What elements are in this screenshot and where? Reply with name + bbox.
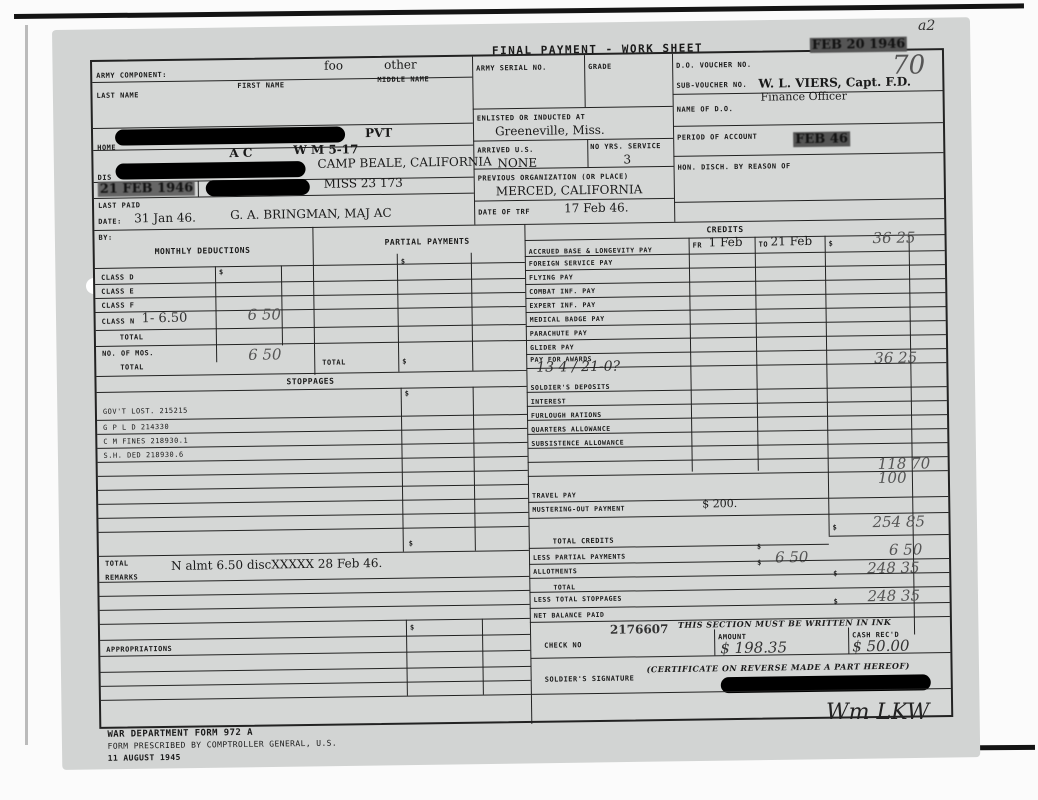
dollar-sign: $ <box>829 240 834 248</box>
do-voucher-label: D.O. VOUCHER NO. <box>676 61 752 70</box>
disch-label: DIS <box>98 174 112 182</box>
grade-value: PVT <box>365 126 392 140</box>
do-name-value: W. L. VIERS, Capt. F.D. <box>758 75 911 91</box>
army-serial-label: ARMY SERIAL NO. <box>476 64 547 73</box>
component-value: A C <box>229 146 252 160</box>
travel-pay-label: TRAVEL PAY <box>532 491 576 500</box>
mustering-out-label: MUSTERING-OUT PAYMENT <box>532 505 625 514</box>
allotments-label: ALLOTMENTS <box>533 567 577 576</box>
dollar-sign: $ <box>401 258 406 266</box>
class-d-label: CLASS D <box>101 273 134 281</box>
credit-row-label: COMBAT INF. PAY <box>529 287 595 296</box>
to-label: TO <box>759 241 769 249</box>
certificate-note: (Certificate on reverse made a part here… <box>646 661 909 675</box>
class-n-amount: 6 50 <box>247 305 281 323</box>
prev-org-label: PREVIOUS ORGANIZATION (OR PLACE) <box>478 172 629 182</box>
grade-label: GRADE <box>588 63 612 71</box>
final-payment-worksheet: FINAL PAYMENT - WORK SHEET FEB 20 1946 A… <box>90 48 953 729</box>
stoppage-item: GOV'T LOST. 215215 <box>103 407 188 416</box>
paid-by-value: G. A. BRINGMAN, MAJ AC <box>230 206 392 222</box>
partial-total-label: TOTAL <box>322 358 346 366</box>
total-amount: 248 35 <box>867 558 920 577</box>
less-partial-amount: 6 50 <box>889 540 923 558</box>
middle-name-value: other <box>384 57 417 71</box>
dollar-sign: $ <box>402 358 407 366</box>
mustering-out-printed: $ 200. <box>702 497 737 510</box>
dollar-sign: $ <box>410 624 415 632</box>
check-no-label: CHECK NO <box>544 641 582 650</box>
dollar-sign: $ <box>757 543 762 551</box>
subtotal-amount: 36 25 <box>874 348 917 367</box>
no-of-mos-label: NO. OF MOS. <box>102 349 154 358</box>
partial-payments-title: PARTIAL PAYMENTS <box>385 237 470 247</box>
monthly-deductions-title: MONTHLY DEDUCTIONS <box>155 246 251 256</box>
period-stamp: FEB 46 <box>793 131 850 147</box>
accrued-pay-amount: 36 25 <box>872 228 915 247</box>
date-trf-label: DATE OF TRF <box>478 208 530 217</box>
hon-disch-label: HON. DISCH. BY REASON OF <box>678 162 791 172</box>
code-value: W M 5-17 <box>293 142 358 157</box>
date-label: DATE: <box>98 218 122 226</box>
scan-border-top <box>14 3 1024 19</box>
stoppages-title: STOPPAGES <box>286 377 334 387</box>
allotments-amount: 6 50 <box>775 548 809 566</box>
credit-row-label: FOREIGN SERVICE PAY <box>529 259 613 268</box>
date-trf-value: 17 Feb 46. <box>564 200 629 215</box>
middle-name-label: MIDDLE NAME <box>377 75 429 84</box>
arrived-label: ARRIVED U.S. <box>477 146 534 155</box>
less-partial-label: LESS PARTIAL PAYMENTS <box>533 553 626 562</box>
check-number: 2176607 <box>610 622 669 637</box>
credit-row-label: PARACHUTE PAY <box>530 329 587 338</box>
army-component-label: ARMY COMPONENT: <box>96 71 167 80</box>
corner-note: a2 <box>918 18 935 34</box>
deductions-total-amount: 6 50 <box>248 345 282 363</box>
credit-row-label: GLIDER PAY <box>530 343 574 352</box>
remarks-value: N almt 6.50 discXXXXX 28 Feb 46. <box>171 556 382 573</box>
dollar-sign: $ <box>219 268 224 276</box>
last-name-label: LAST NAME <box>96 91 139 100</box>
signature-label: SOLDIER'S SIGNATURE <box>545 674 635 683</box>
from-value: 1 Feb <box>709 235 743 249</box>
total-credits-label: TOTAL CREDITS <box>553 537 614 546</box>
net-balance-label: NET BALANCE PAID <box>534 611 605 620</box>
stoppage-item: G P L D 214330 <box>103 423 169 432</box>
class-e-label: CLASS E <box>101 287 134 295</box>
stamped-date: 21 FEB 1946 <box>98 181 196 197</box>
mustering-out-amount: 100 <box>878 469 907 487</box>
last-paid-date: 31 Jan 46. <box>134 211 196 226</box>
handwritten-initials: Wm LKW <box>826 700 929 725</box>
service-value: 3 <box>623 152 631 166</box>
class-f-label: CLASS F <box>101 301 134 309</box>
class-n-note: 1- 6.50 <box>142 311 188 327</box>
sub-voucher-label: SUB-VOUCHER NO. <box>676 81 747 90</box>
state-value: MISS 23 173 <box>324 176 403 191</box>
redacted-field <box>206 179 310 196</box>
stoppages-total-label: TOTAL <box>105 560 129 568</box>
from-label: FR <box>693 241 703 249</box>
do-title-value: Finance Officer <box>760 89 847 103</box>
credits-title: CREDITS <box>706 225 743 235</box>
credit-row-label: EXPERT INF. PAY <box>529 301 595 310</box>
first-name-value: foo <box>324 58 343 72</box>
deductions-total-label: TOTAL <box>120 363 144 371</box>
to-value: 21 Feb <box>771 234 813 249</box>
redacted-address <box>115 161 305 180</box>
less-stoppages-label: LESS TOTAL STOPPAGES <box>534 595 622 604</box>
first-name-label: FIRST NAME <box>237 81 284 90</box>
name-do-label: NAME OF D.O. <box>677 105 734 114</box>
dollar-sign: $ <box>405 390 410 398</box>
by-label: BY: <box>98 234 112 242</box>
stoppage-item: S.H. DED 218930.6 <box>103 451 183 460</box>
stoppage-item: C M FINES 218930.1 <box>103 437 188 446</box>
station-value: CAMP BEALE, CALIFORNIA <box>317 154 491 170</box>
form-date: 11 AUGUST 1945 <box>108 753 181 763</box>
scan-border-left <box>25 25 28 745</box>
credit-row-label: FLYING PAY <box>529 273 573 282</box>
enlisted-value: Greeneville, Miss. <box>495 123 605 139</box>
last-paid-label: LAST PAID <box>98 201 141 210</box>
enlisted-label: ENLISTED OR INDUCTED AT <box>477 113 586 123</box>
subtotal-label: TOTAL <box>120 333 144 341</box>
form-number: WAR DEPARTMENT FORM 972 A <box>107 728 253 740</box>
dollar-sign: $ <box>833 524 838 532</box>
ink-notice: THIS SECTION MUST BE WRITTEN IN INK <box>678 617 891 630</box>
class-n-label: CLASS N <box>102 317 135 325</box>
prev-org-value: MERCED, CALIFORNIA <box>496 182 643 198</box>
credit-row-label: MEDICAL BADGE PAY <box>530 315 605 324</box>
total-credits-amount: 254 85 <box>872 512 925 531</box>
period-label: PERIOD OF ACCOUNT <box>677 133 757 142</box>
dollar-sign: $ <box>409 540 414 548</box>
appropriations-label: APPROPRIATIONS <box>106 645 172 654</box>
service-label: NO YRS. SERVICE <box>590 142 661 151</box>
